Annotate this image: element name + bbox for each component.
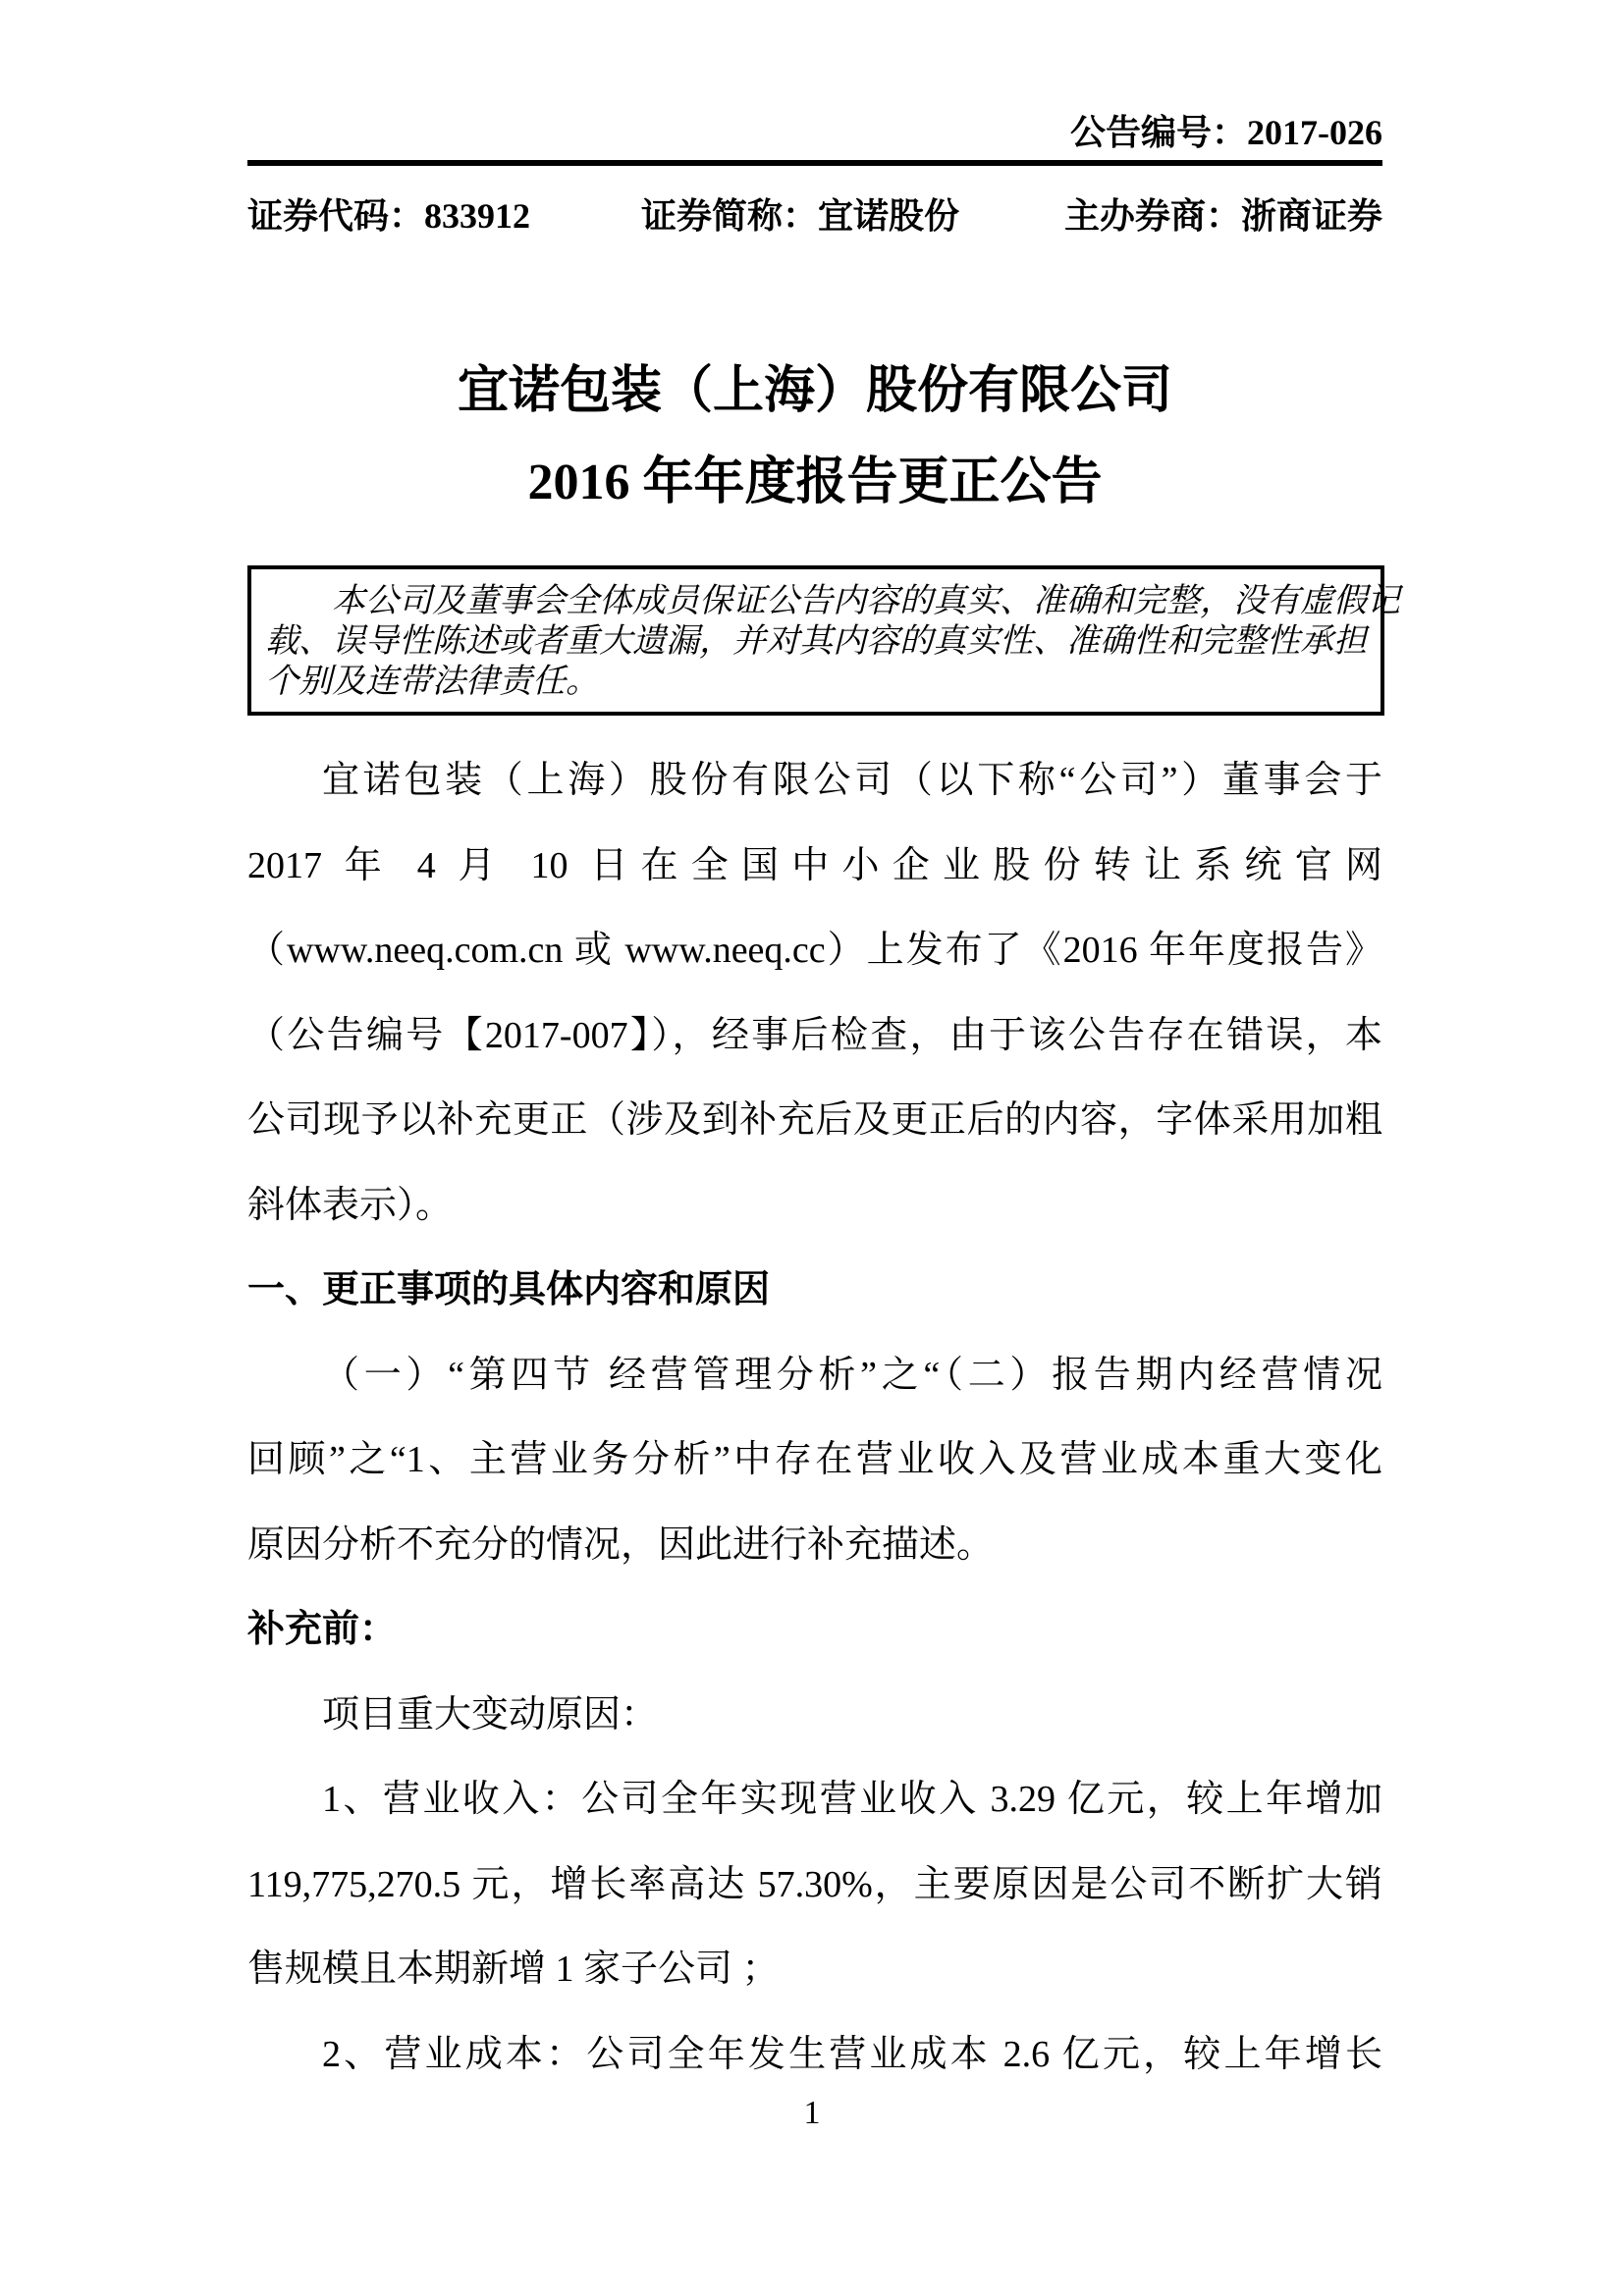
title-company-line: 宜诺包装（上海）股份有限公司 [247,346,1382,437]
body-line: 宜诺包装（上海）股份有限公司（以下称“公司”）董事会于 [247,738,1382,824]
disclaimer-line: 个别及连带法律责任。 [265,662,1367,702]
body-line: 1、营业收入：公司全年实现营业收入 3.29 亿元，较上年增加 [247,1757,1382,1842]
body-line: 2017 年 4 月 10 日在全国中小企业股份转让系统官网 [247,824,1382,909]
stock-short-name: 证券简称：宜诺股份 [641,194,959,238]
stock-code: 证券代码：833912 [247,194,530,238]
body-line: 售规模且本期新增 1 家子公司 ； [247,1927,1382,2012]
section-heading: 一、更正事项的具体内容和原因 [247,1248,1382,1333]
body-text: 宜诺包装（上海）股份有限公司（以下称“公司”）董事会于 2017 年 4 月 1… [247,738,1382,2097]
body-line: 119,775,270.5 元，增长率高达 57.30%，主要原因是公司不断扩大… [247,1842,1382,1928]
body-line: 2、营业成本：公司全年发生营业成本 2.6 亿元，较上年增长 [247,2012,1382,2098]
header-divider-rule [247,160,1382,166]
body-line: 斜体表示）。 [247,1163,1382,1249]
document-page: 公告编号：2017-026 证券代码：833912 证券简称：宜诺股份 主办券商… [0,0,1624,2296]
lead-broker: 主办券商：浙商证券 [1064,194,1382,238]
securities-info-row: 证券代码：833912 证券简称：宜诺股份 主办券商：浙商证券 [247,194,1382,238]
body-line: （公告编号【2017-007】），经事后检查，由于该公告存在错误，本 [247,993,1382,1079]
announcement-number: 公告编号：2017-026 [247,110,1382,155]
title-subject-line: 2016 年年度报告更正公告 [247,437,1382,528]
subsection-heading: 补充前： [247,1587,1382,1673]
body-line: 公司现予以补充更正（涉及到补充后及更正后的内容，字体采用加粗 [247,1078,1382,1163]
body-line: 回顾”之“1、主营业务分析”中存在营业收入及营业成本重大变化 [247,1417,1382,1503]
disclaimer-line: 载、误导性陈述或者重大遗漏，并对其内容的真实性、准确性和完整性承担 [265,621,1367,662]
disclaimer-line: 本公司及董事会全体成员保证公告内容的真实、准确和完整，没有虚假记 [265,581,1367,621]
disclaimer-box: 本公司及董事会全体成员保证公告内容的真实、准确和完整，没有虚假记 载、误导性陈述… [247,565,1384,716]
document-title: 宜诺包装（上海）股份有限公司 2016 年年度报告更正公告 [247,346,1382,528]
body-line: 项目重大变动原因： [247,1673,1382,1758]
page-number: 1 [0,2089,1624,2138]
body-line: 原因分析不充分的情况，因此进行补充描述。 [247,1503,1382,1588]
body-line: （一）“第四节 经营管理分析”之“（二）报告期内经营情况 [247,1333,1382,1418]
body-line: （www.neeq.com.cn 或 www.neeq.cc）上发布了《2016… [247,908,1382,993]
